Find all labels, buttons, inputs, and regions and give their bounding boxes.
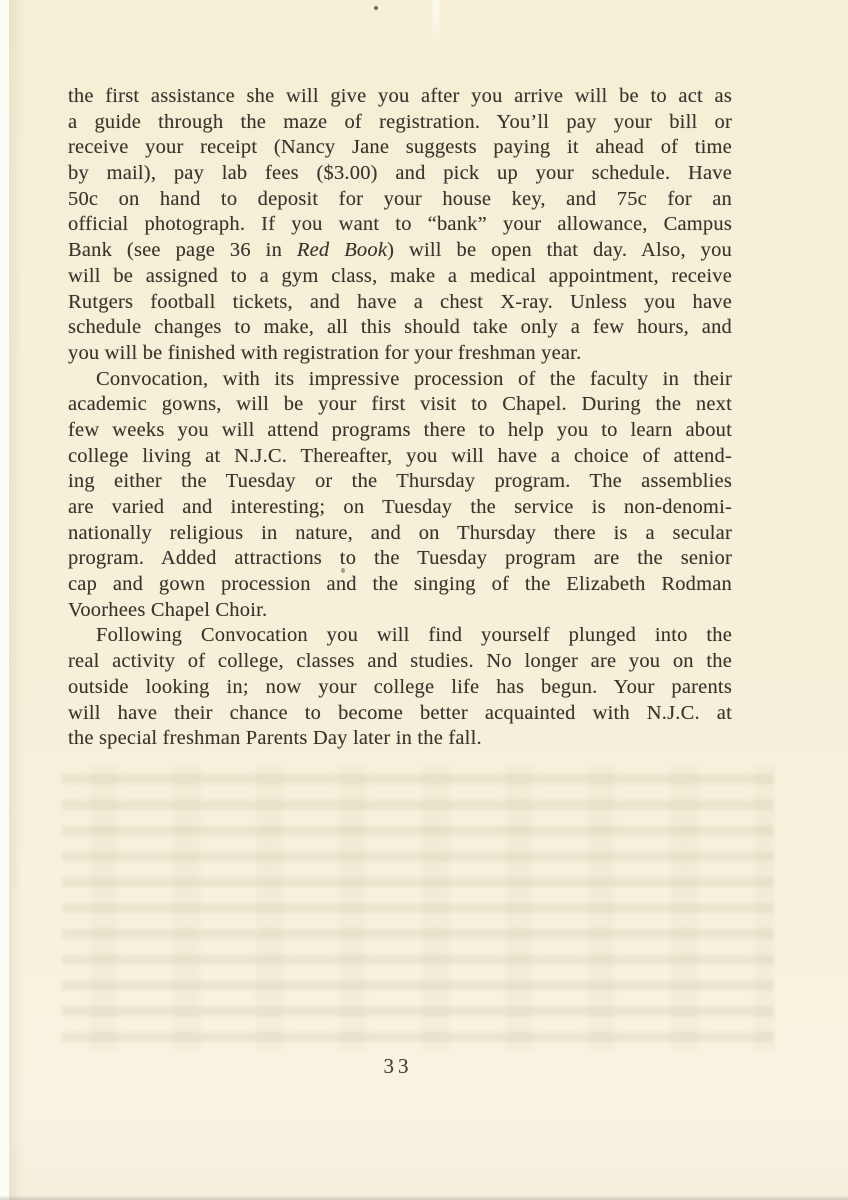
text-line: outside looking in; now your college lif… — [68, 675, 732, 701]
text-line: the special freshman Parents Day later i… — [68, 726, 732, 752]
paper-speck — [374, 6, 378, 10]
text-line: official photograph. If you want to “ban… — [68, 212, 732, 238]
text-line: real activity of college, classes and st… — [68, 649, 732, 675]
text-line: ing either the Tuesday or the Thursday p… — [68, 469, 732, 495]
text-line: academic gowns, will be your first visit… — [68, 392, 732, 418]
text-line: Voorhees Chapel Choir. — [68, 598, 732, 624]
paragraph: Following Convocation you will find your… — [68, 623, 732, 751]
text-line: will be assigned to a gym class, make a … — [68, 264, 732, 290]
text-line: nationally religious in nature, and on T… — [68, 521, 732, 547]
text-line: are varied and interesting; on Tuesday t… — [68, 495, 732, 521]
page-number: 33 — [68, 1054, 728, 1079]
page-edge-shadow — [9, 0, 23, 1200]
text-line: by mail), pay lab fees ($3.00) and pick … — [68, 161, 732, 187]
scan-edge-bottom — [0, 1195, 848, 1200]
text-line: Rutgers football tickets, and have a che… — [68, 290, 732, 316]
text-line: receive your receipt (Nancy Jane suggest… — [68, 135, 732, 161]
scan-edge-left — [0, 0, 9, 1200]
text-line: college living at N.J.C. Thereafter, you… — [68, 444, 732, 470]
paper-speck — [341, 568, 345, 573]
paragraph: Convocation, with its impressive process… — [68, 367, 732, 624]
text-line: 50c on hand to deposit for your house ke… — [68, 187, 732, 213]
text-line: a guide through the maze of registration… — [68, 110, 732, 136]
scanned-book-page: the first assistance she will give you a… — [0, 0, 848, 1200]
text-line: the first assistance she will give you a… — [68, 84, 732, 110]
text-line: Bank (see page 36 in Red Book) will be o… — [68, 238, 732, 264]
bleed-through-text — [62, 766, 774, 1050]
paragraph: the first assistance she will give you a… — [68, 84, 732, 367]
text-line: will have their chance to become better … — [68, 701, 732, 727]
text-line: you will be finished with registration f… — [68, 341, 732, 367]
text-line: few weeks you will attend programs there… — [68, 418, 732, 444]
text-line: Following Convocation you will find your… — [68, 623, 732, 649]
text-line: cap and gown procession and the singing … — [68, 572, 732, 598]
text-line: program. Added attractions to the Tuesda… — [68, 546, 732, 572]
text-line: Convocation, with its impressive process… — [68, 367, 732, 393]
paper-crease — [432, 0, 440, 52]
text-line: schedule changes to make, all this shoul… — [68, 315, 732, 341]
text-block: the first assistance she will give you a… — [68, 84, 732, 752]
